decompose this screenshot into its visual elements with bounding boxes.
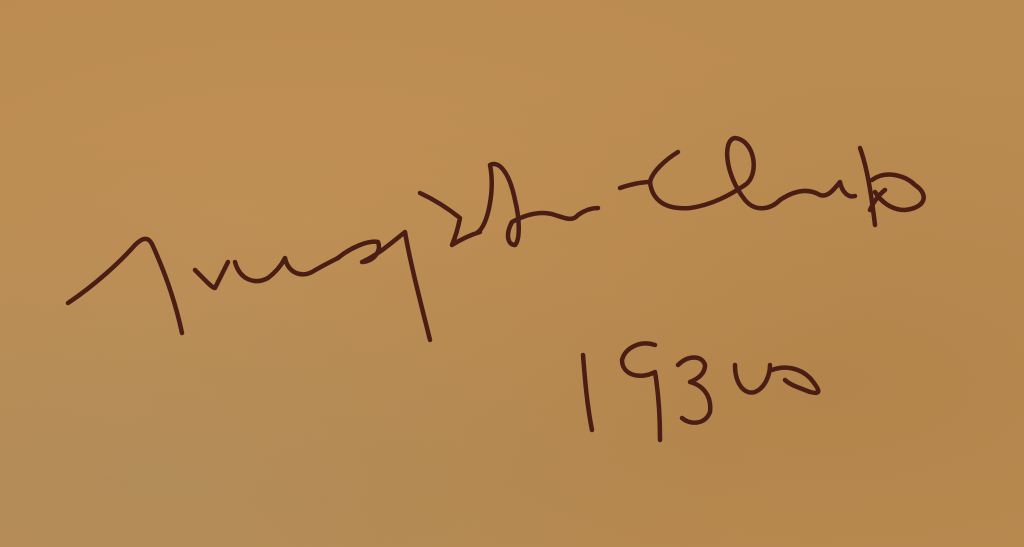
date-strokes bbox=[583, 343, 818, 440]
signature-strokes bbox=[68, 138, 924, 340]
kraft-paper-background: Vaughan-Clarke 1930s bbox=[0, 0, 1024, 547]
handwriting bbox=[0, 0, 1024, 547]
